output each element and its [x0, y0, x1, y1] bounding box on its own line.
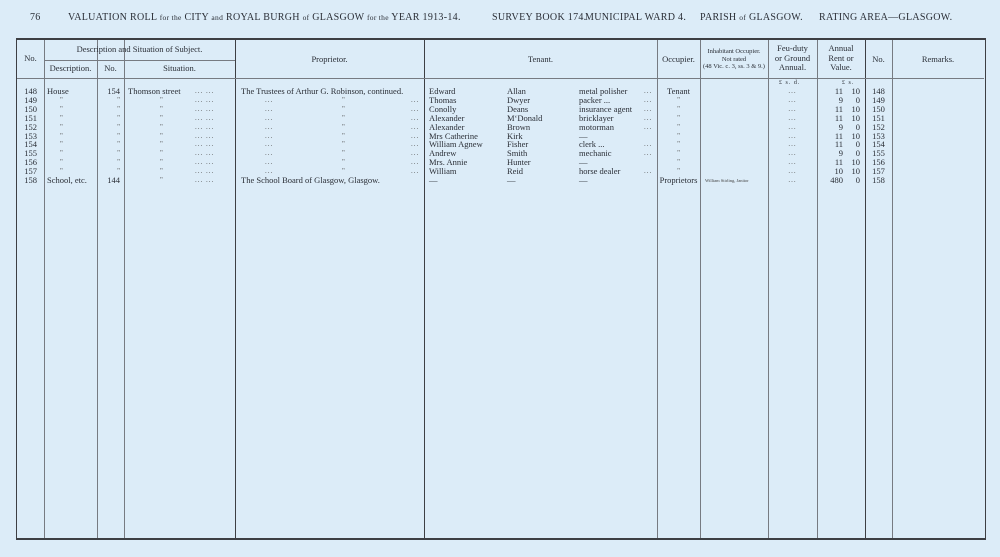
header-description: Description. — [44, 64, 97, 74]
row-proprietor-ditto-left: ... — [265, 123, 273, 132]
header-feu-duty: Feu-duty or Ground Annual. — [768, 44, 817, 73]
row-proprietor-dots: ... — [411, 96, 419, 105]
row-situation: " — [160, 149, 163, 158]
row-proprietor-ditto: " — [342, 158, 345, 167]
row-inhabitant-occupier: William Stirling, Janitor — [705, 176, 749, 185]
header-remarks: Remarks. — [892, 55, 984, 65]
row-proprietor-dots: ... — [411, 132, 419, 141]
row-proprietor-ditto: " — [342, 105, 345, 114]
row-tenant-dots: ... — [644, 105, 652, 114]
row-feu-duty: ... — [768, 87, 817, 96]
row-situation-dots: ... ... — [195, 158, 214, 167]
header-no-right: No. — [865, 55, 892, 65]
valuation-table: No. Description and Situation of Subject… — [16, 38, 986, 540]
page-number: 76 — [30, 12, 41, 23]
row-feu-duty: ... — [768, 176, 817, 185]
row-occupier: Tenant — [657, 87, 700, 96]
row-situation: " — [160, 140, 163, 149]
row-situation-dots: ... ... — [195, 176, 214, 185]
row-number: 144 — [97, 176, 120, 185]
row-description: " — [60, 158, 63, 167]
row-proprietor-ditto-left: ... — [265, 132, 273, 141]
row-feu-duty: ... — [768, 114, 817, 123]
row-tenant-dots: ... — [644, 96, 652, 105]
header-description-group: Description and Situation of Subject. — [44, 45, 235, 55]
row-tenant-occupation: — — [579, 176, 588, 185]
row-situation: " — [160, 114, 163, 123]
row-proprietor-dots: ... — [411, 123, 419, 132]
row-proprietor-ditto-left: ... — [265, 140, 273, 149]
row-number: " — [97, 149, 120, 158]
row-description: School, etc. — [47, 176, 87, 185]
row-rent-shillings: 0 — [843, 176, 860, 185]
row-number: " — [97, 140, 120, 149]
row-proprietor-dots: ... — [411, 167, 419, 176]
row-rent-pounds: 480 — [817, 176, 843, 185]
header-number: No. — [97, 64, 124, 74]
rating-area: RATING AREA—GLASGOW. — [819, 12, 952, 23]
row-situation-dots: ... ... — [195, 132, 214, 141]
survey-book: SURVEY BOOK 174. — [492, 12, 586, 23]
row-number: " — [97, 158, 120, 167]
row-occupier: " — [657, 123, 700, 132]
row-feu-duty: ... — [768, 123, 817, 132]
row-occupier: " — [657, 149, 700, 158]
row-situation: " — [160, 176, 163, 185]
row-proprietor-ditto: " — [342, 132, 345, 141]
row-feu-duty: ... — [768, 158, 817, 167]
row-proprietor-ditto: " — [342, 140, 345, 149]
row-description: " — [60, 105, 63, 114]
roll-title: VALUATION ROLL for the CITY and ROYAL BU… — [68, 12, 461, 23]
row-situation: Thomson street — [128, 87, 181, 96]
page-header: 76 VALUATION ROLL for the CITY and ROYAL… — [30, 12, 990, 28]
row-description: " — [60, 149, 63, 158]
row-proprietor-dots: ... — [411, 140, 419, 149]
row-no-right: 158 — [865, 176, 892, 185]
row-situation-dots: ... ... — [195, 167, 214, 176]
row-tenant-dots: ... — [644, 149, 652, 158]
row-tenant-dots: ... — [644, 140, 652, 149]
row-situation-dots: ... ... — [195, 114, 214, 123]
row-feu-duty: ... — [768, 149, 817, 158]
row-feu-duty: ... — [768, 167, 817, 176]
row-occupier: " — [657, 114, 700, 123]
row-description: House — [47, 87, 69, 96]
header-no: No. — [17, 54, 44, 64]
table-row: 158 School, etc. 144 " ... ... The Schoo… — [17, 176, 987, 185]
row-proprietor: The Trustees of Arthur G. Robinson, cont… — [241, 87, 403, 96]
row-no: 158 — [17, 176, 37, 185]
municipal-ward: MUNICIPAL WARD 4. — [585, 12, 686, 23]
feu-units: £ s. d. — [779, 80, 800, 86]
row-description: " — [60, 123, 63, 132]
row-proprietor-dots: ... — [411, 105, 419, 114]
row-situation: " — [160, 132, 163, 141]
row-proprietor-ditto: " — [342, 96, 345, 105]
row-situation-dots: ... ... — [195, 149, 214, 158]
row-number: " — [97, 96, 120, 105]
parish: PARISH of GLASGOW. — [700, 12, 803, 23]
row-situation-dots: ... ... — [195, 105, 214, 114]
row-tenant-first-name: — — [429, 176, 438, 185]
row-occupier: " — [657, 158, 700, 167]
row-situation: " — [160, 96, 163, 105]
row-situation-dots: ... ... — [195, 87, 214, 96]
row-proprietor: The School Board of Glasgow, Glasgow. — [241, 176, 380, 185]
row-number: 154 — [97, 87, 120, 96]
row-description: " — [60, 140, 63, 149]
row-situation-dots: ... ... — [195, 96, 214, 105]
row-occupier: " — [657, 140, 700, 149]
row-description: " — [60, 96, 63, 105]
row-feu-duty: ... — [768, 105, 817, 114]
row-tenant-dots: ... — [644, 167, 652, 176]
row-feu-duty: ... — [768, 96, 817, 105]
header-inhabitant-occupier: Inhabitant Occupier. Not rated (48 Vic. … — [700, 48, 768, 71]
row-number: " — [97, 132, 120, 141]
header-situation: Situation. — [124, 64, 235, 74]
row-proprietor-ditto: " — [342, 114, 345, 123]
row-proprietor-ditto-left: ... — [265, 105, 273, 114]
row-description: " — [60, 132, 63, 141]
row-situation: " — [160, 123, 163, 132]
row-situation: " — [160, 105, 163, 114]
row-proprietor-ditto-left: ... — [265, 158, 273, 167]
row-situation-dots: ... ... — [195, 140, 214, 149]
row-number: " — [97, 105, 120, 114]
row-tenant-dots: ... — [644, 87, 652, 96]
row-feu-duty: ... — [768, 140, 817, 149]
row-situation: " — [160, 158, 163, 167]
header-bottom-line — [17, 78, 984, 79]
row-number: " — [97, 123, 120, 132]
row-proprietor-ditto-left: ... — [265, 114, 273, 123]
row-proprietor-dots: ... — [411, 149, 419, 158]
subheader-divider — [44, 60, 235, 61]
row-number: " — [97, 114, 120, 123]
row-proprietor-dots: ... — [411, 114, 419, 123]
row-occupier: " — [657, 96, 700, 105]
row-occupier: " — [657, 105, 700, 114]
row-tenant-dots: ... — [644, 123, 652, 132]
header-proprietor: Proprietor. — [235, 55, 424, 65]
row-feu-duty: ... — [768, 132, 817, 141]
row-proprietor-dots: ... — [411, 158, 419, 167]
row-proprietor-ditto: " — [342, 123, 345, 132]
row-description: " — [60, 114, 63, 123]
row-tenant-dots: ... — [644, 114, 652, 123]
row-tenant-surname: — — [507, 176, 516, 185]
row-proprietor-ditto-left: ... — [265, 96, 273, 105]
row-occupier: " — [657, 132, 700, 141]
row-situation-dots: ... ... — [195, 123, 214, 132]
header-occupier: Occupier. — [657, 55, 700, 65]
row-occupier: Proprietors — [657, 176, 700, 185]
row-proprietor-ditto: " — [342, 149, 345, 158]
header-tenant: Tenant. — [424, 55, 657, 65]
row-situation: " — [160, 167, 163, 176]
header-annual-rent: Annual Rent or Value. — [817, 44, 865, 73]
row-proprietor-ditto-left: ... — [265, 149, 273, 158]
